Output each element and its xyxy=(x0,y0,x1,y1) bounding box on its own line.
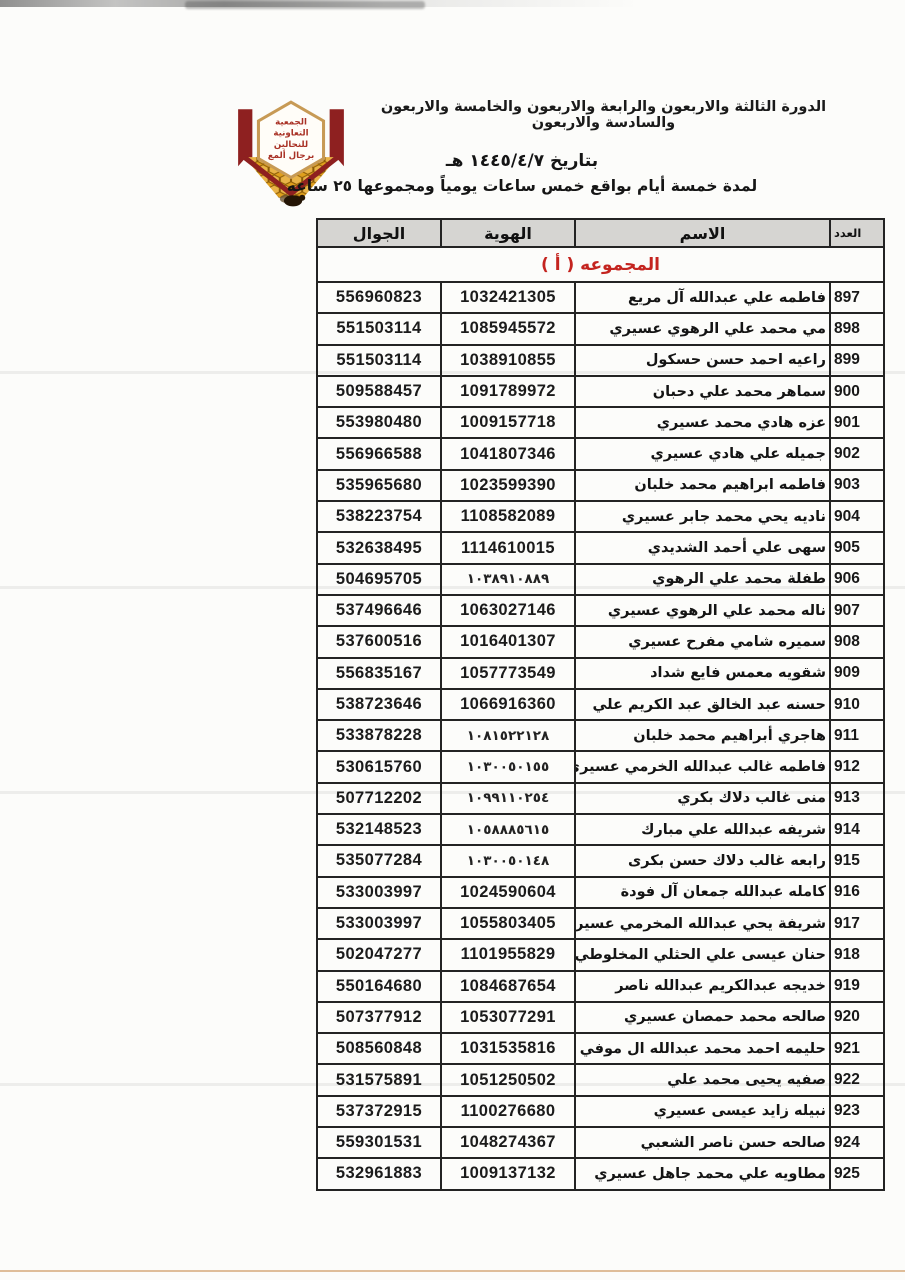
table-row: 917شريفة يحي عبدالله المخرمي عسيري105580… xyxy=(317,908,884,939)
logo-text-line: للنحالين xyxy=(274,140,308,150)
cell-num: 912 xyxy=(830,751,884,782)
cell-name: سماهر محمد علي دحبان xyxy=(575,376,830,407)
cell-phone: 531575891 xyxy=(317,1064,441,1095)
cell-id: 1091789972 xyxy=(441,376,575,407)
cell-phone: 508560848 xyxy=(317,1033,441,1064)
cell-phone: 556966588 xyxy=(317,438,441,469)
cell-id: 1032421305 xyxy=(441,282,575,313)
cell-name: سميره شامي مفرح عسيري xyxy=(575,626,830,657)
cell-phone: 533003997 xyxy=(317,908,441,939)
cell-phone: 507377912 xyxy=(317,1002,441,1033)
column-header-phone: الجوال xyxy=(317,219,441,247)
cell-id: 1038910855 xyxy=(441,345,575,376)
table-row: 922صفيه يحيى محمد علي1051250502531575891 xyxy=(317,1064,884,1095)
cell-num: 914 xyxy=(830,814,884,845)
cell-id: 1084687654 xyxy=(441,971,575,1002)
cell-name: فاطمه ابراهيم محمد خلبان xyxy=(575,470,830,501)
table-row: 924صالحه حسن ناصر الشعبي1048274367559301… xyxy=(317,1127,884,1158)
table-row: 908سميره شامي مفرح عسيري1016401307537600… xyxy=(317,626,884,657)
scan-artifact-bottom xyxy=(0,1270,905,1272)
cell-name: صالحه محمد حمصان عسيري xyxy=(575,1002,830,1033)
cell-phone: 502047277 xyxy=(317,939,441,970)
table-row: 911هاجري أبراهيم محمد خلبان١٠٨١٥٢٢١٢٨533… xyxy=(317,720,884,751)
cell-num: 911 xyxy=(830,720,884,751)
cell-num: 900 xyxy=(830,376,884,407)
cell-num: 922 xyxy=(830,1064,884,1095)
table-row: 905سهى علي أحمد الشديدي11146100155326384… xyxy=(317,532,884,563)
cell-phone: 509588457 xyxy=(317,376,441,407)
cell-name: سهى علي أحمد الشديدي xyxy=(575,532,830,563)
cell-id: 1053077291 xyxy=(441,1002,575,1033)
table-row: 898مي محمد علي الرهوي عسيري1085945572551… xyxy=(317,313,884,344)
cell-id: 1023599390 xyxy=(441,470,575,501)
cell-id: 1114610015 xyxy=(441,532,575,563)
cell-name: هاجري أبراهيم محمد خلبان xyxy=(575,720,830,751)
cell-name: فاطمه غالب عبدالله الخرمي عسيري xyxy=(575,751,830,782)
table-header-row: العدد الاسم الهوية الجوال xyxy=(317,219,884,247)
cell-name: حنان عيسى علي الحثلي المخلوطي xyxy=(575,939,830,970)
cell-phone: 533878228 xyxy=(317,720,441,751)
table-row: 918حنان عيسى علي الحثلي المخلوطي11019558… xyxy=(317,939,884,970)
document-title: الدورة الثالثة والاربعون والرابعة والارب… xyxy=(352,99,855,131)
cell-id: ١٠٨١٥٢٢١٢٨ xyxy=(441,720,575,751)
bee-icon xyxy=(280,195,305,207)
cell-name: شريفه عبدالله علي مبارك xyxy=(575,814,830,845)
cell-id: 1009157718 xyxy=(441,407,575,438)
logo-text-line: الجمعية xyxy=(275,118,307,128)
cell-num: 910 xyxy=(830,689,884,720)
cell-name: جميله علي هادي عسيري xyxy=(575,438,830,469)
table-row: 906طفلة محمد علي الرهوي١٠٣٨٩١٠٨٨٩5046957… xyxy=(317,564,884,595)
cell-num: 904 xyxy=(830,501,884,532)
group-label: المجموعه ( أ ) xyxy=(317,247,884,282)
cell-id: 1016401307 xyxy=(441,626,575,657)
cell-id: 1108582089 xyxy=(441,501,575,532)
cell-num: 909 xyxy=(830,658,884,689)
cell-num: 913 xyxy=(830,783,884,814)
cell-name: شقويه معمس فايع شداد xyxy=(575,658,830,689)
cell-num: 919 xyxy=(830,971,884,1002)
column-header-name: الاسم xyxy=(575,219,830,247)
cell-id: 1048274367 xyxy=(441,1127,575,1158)
cell-phone: 550164680 xyxy=(317,971,441,1002)
cell-name: حسنه عبد الخالق عبد الكريم علي xyxy=(575,689,830,720)
cell-name: مي محمد علي الرهوي عسيري xyxy=(575,313,830,344)
cell-name: صالحه حسن ناصر الشعبي xyxy=(575,1127,830,1158)
cell-num: 905 xyxy=(830,532,884,563)
cell-phone: 556835167 xyxy=(317,658,441,689)
table-row: 910حسنه عبد الخالق عبد الكريم علي1066916… xyxy=(317,689,884,720)
cell-name: منى غالب دلاك بكري xyxy=(575,783,830,814)
column-header-number: العدد xyxy=(830,219,884,247)
table-row: 904ناديه يحي محمد جابر عسيري110858208953… xyxy=(317,501,884,532)
cell-id: 1101955829 xyxy=(441,939,575,970)
cell-num: 925 xyxy=(830,1158,884,1189)
cell-id: ١٠٣٨٩١٠٨٨٩ xyxy=(441,564,575,595)
table-row: 915رابعه غالب دلاك حسن بكرى١٠٣٠٠٥٠١٤٨535… xyxy=(317,845,884,876)
cell-num: 921 xyxy=(830,1033,884,1064)
cell-phone: 535965680 xyxy=(317,470,441,501)
cell-phone: 532638495 xyxy=(317,532,441,563)
cell-phone: 533003997 xyxy=(317,877,441,908)
cell-name: ناله محمد علي الرهوي عسيري xyxy=(575,595,830,626)
column-header-id: الهوية xyxy=(441,219,575,247)
table-row: 903فاطمه ابراهيم محمد خلبان1023599390535… xyxy=(317,470,884,501)
table-row: 899راعيه احمد حسن حسكول10389108555515031… xyxy=(317,345,884,376)
cell-num: 898 xyxy=(830,313,884,344)
cell-num: 916 xyxy=(830,877,884,908)
table-row: 912فاطمه غالب عبدالله الخرمي عسيري١٠٣٠٠٥… xyxy=(317,751,884,782)
table-row: 916كامله عبدالله جمعان آل فودة1024590604… xyxy=(317,877,884,908)
cell-phone: 532961883 xyxy=(317,1158,441,1189)
cell-name: فاطمه علي عبدالله آل مريع xyxy=(575,282,830,313)
table-row: 907ناله محمد علي الرهوي عسيري10630271465… xyxy=(317,595,884,626)
cell-id: 1063027146 xyxy=(441,595,575,626)
cell-num: 918 xyxy=(830,939,884,970)
cell-num: 897 xyxy=(830,282,884,313)
group-header-row: المجموعه ( أ ) xyxy=(317,247,884,282)
cell-id: 1041807346 xyxy=(441,438,575,469)
roster-table: العدد الاسم الهوية الجوال المجموعه ( أ )… xyxy=(316,218,885,1191)
cell-id: 1051250502 xyxy=(441,1064,575,1095)
cell-phone: 507712202 xyxy=(317,783,441,814)
cell-name: طفلة محمد علي الرهوي xyxy=(575,564,830,595)
table-row: 909شقويه معمس فايع شداد10577735495568351… xyxy=(317,658,884,689)
cell-name: حليمه احمد محمد عبدالله ال موفي xyxy=(575,1033,830,1064)
cell-name: مطاويه علي محمد جاهل عسيري xyxy=(575,1158,830,1189)
table-row: 902جميله علي هادي عسيري10418073465569665… xyxy=(317,438,884,469)
cell-num: 908 xyxy=(830,626,884,657)
cell-name: خديجه عبدالكريم عبدالله ناصر xyxy=(575,971,830,1002)
cell-num: 901 xyxy=(830,407,884,438)
cell-id: ١٠٥٨٨٨٥٦١٥ xyxy=(441,814,575,845)
cell-id: 1100276680 xyxy=(441,1096,575,1127)
cell-num: 920 xyxy=(830,1002,884,1033)
table-row: 914شريفه عبدالله علي مبارك١٠٥٨٨٨٥٦١٥5321… xyxy=(317,814,884,845)
table-row: 921حليمه احمد محمد عبدالله ال موفي103153… xyxy=(317,1033,884,1064)
cell-num: 903 xyxy=(830,470,884,501)
cell-name: رابعه غالب دلاك حسن بكرى xyxy=(575,845,830,876)
table-row: 919خديجه عبدالكريم عبدالله ناصر108468765… xyxy=(317,971,884,1002)
cell-name: ناديه يحي محمد جابر عسيري xyxy=(575,501,830,532)
cell-phone: 551503114 xyxy=(317,345,441,376)
cell-phone: 553980480 xyxy=(317,407,441,438)
cell-num: 899 xyxy=(830,345,884,376)
cell-id: 1055803405 xyxy=(441,908,575,939)
cell-id: 1024590604 xyxy=(441,877,575,908)
cell-phone: 559301531 xyxy=(317,1127,441,1158)
cell-id: 1031535816 xyxy=(441,1033,575,1064)
cell-phone: 535077284 xyxy=(317,845,441,876)
cell-id: ١٠٣٠٠٥٠١٥٥ xyxy=(441,751,575,782)
cell-phone: 556960823 xyxy=(317,282,441,313)
cell-phone: 537372915 xyxy=(317,1096,441,1127)
cell-num: 923 xyxy=(830,1096,884,1127)
logo-text-line: التعاونية xyxy=(273,129,308,139)
table-row: 925مطاويه علي محمد جاهل عسيري10091371325… xyxy=(317,1158,884,1189)
cell-name: عزه هادي محمد عسيري xyxy=(575,407,830,438)
cell-phone: 504695705 xyxy=(317,564,441,595)
cell-num: 902 xyxy=(830,438,884,469)
cell-num: 907 xyxy=(830,595,884,626)
cell-id: 1085945572 xyxy=(441,313,575,344)
table-row: 920صالحه محمد حمصان عسيري105307729150737… xyxy=(317,1002,884,1033)
cell-name: صفيه يحيى محمد علي xyxy=(575,1064,830,1095)
table-row: 900سماهر محمد علي دحبان10917899725095884… xyxy=(317,376,884,407)
table-row: 913منى غالب دلاك بكري١٠٩٩١١٠٢٥٤507712202 xyxy=(317,783,884,814)
cell-id: ١٠٩٩١١٠٢٥٤ xyxy=(441,783,575,814)
table-row: 923نبيله زايد عيسى عسيري1100276680537372… xyxy=(317,1096,884,1127)
document-date: بتاريخ ١٤٤٥/٤/٧ هـ xyxy=(222,151,822,171)
cell-num: 924 xyxy=(830,1127,884,1158)
cell-phone: 538223754 xyxy=(317,501,441,532)
cell-name: نبيله زايد عيسى عسيري xyxy=(575,1096,830,1127)
cell-name: شريفة يحي عبدالله المخرمي عسيري xyxy=(575,908,830,939)
cell-num: 917 xyxy=(830,908,884,939)
table-body: 897فاطمه علي عبدالله آل مريع103242130555… xyxy=(317,282,884,1190)
cell-name: كامله عبدالله جمعان آل فودة xyxy=(575,877,830,908)
table-row: 901عزه هادي محمد عسيري100915771855398048… xyxy=(317,407,884,438)
cell-name: راعيه احمد حسن حسكول xyxy=(575,345,830,376)
cell-num: 915 xyxy=(830,845,884,876)
document-duration: لمدة خمسة أيام بواقع خمس ساعات يومياً وم… xyxy=(222,177,822,195)
scan-artifact-top-smudge xyxy=(185,1,425,9)
cell-phone: 538723646 xyxy=(317,689,441,720)
cell-phone: 551503114 xyxy=(317,313,441,344)
cell-phone: 530615760 xyxy=(317,751,441,782)
cell-phone: 532148523 xyxy=(317,814,441,845)
cell-num: 906 xyxy=(830,564,884,595)
cell-id: 1057773549 xyxy=(441,658,575,689)
cell-phone: 537496646 xyxy=(317,595,441,626)
cell-id: 1009137132 xyxy=(441,1158,575,1189)
cell-phone: 537600516 xyxy=(317,626,441,657)
table-row: 897فاطمه علي عبدالله آل مريع103242130555… xyxy=(317,282,884,313)
cell-id: 1066916360 xyxy=(441,689,575,720)
scanned-document-page: { "header": { "title_line": "الدورة الثا… xyxy=(0,0,905,1280)
cell-id: ١٠٣٠٠٥٠١٤٨ xyxy=(441,845,575,876)
